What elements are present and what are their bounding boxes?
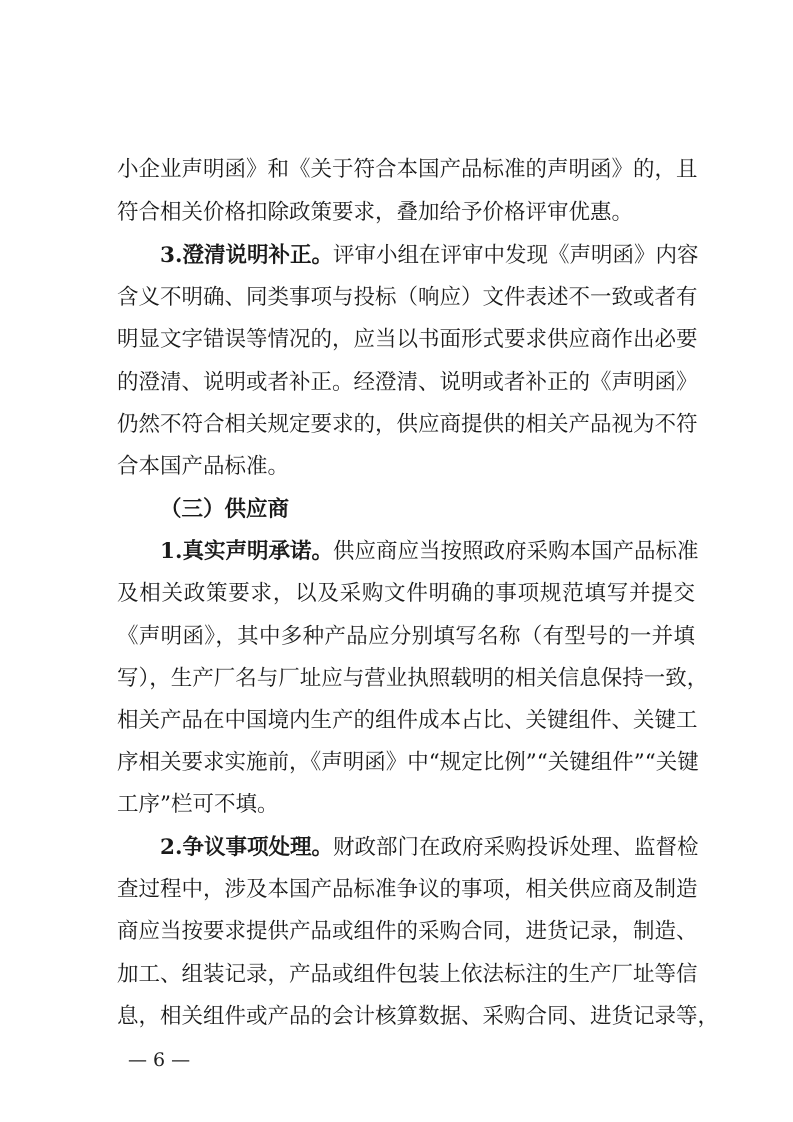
section-heading: （三）供应商	[160, 495, 695, 525]
line-text: 写），生产厂名与厂址应与营业执照载明的相关信息保持一致，	[117, 666, 708, 691]
line-text: 财政部门在政府采购投诉处理、监督检	[333, 835, 699, 860]
item-title: 1.真实声明承诺。	[160, 539, 333, 564]
text-line: 含义不明确、同类事项与投标（响应）文件表述不一致或者有	[117, 283, 695, 313]
line-text: 息，相关组件或产品的会计核算数据、采购合同、进货记录等，	[117, 1004, 719, 1029]
text-line: 明显文字错误等情况的，应当以书面形式要求供应商作出必要	[117, 325, 695, 355]
line-text: 符合相关价格扣除政策要求，叠加给予价格评审优惠。	[117, 200, 633, 225]
item-title: 3.澄清说明补正。	[160, 243, 333, 268]
line-text: 合本国产品标准。	[117, 454, 289, 479]
text-line: 1.真实声明承诺。供应商应当按照政府采购本国产品标准	[160, 537, 695, 567]
line-text: 相关产品在中国境内生产的组件成本占比、关键组件、关键工	[117, 708, 698, 733]
line-text: 及相关政策要求，以及采购文件明确的事项规范填写并提交	[117, 581, 695, 606]
line-text: 《声明函》，其中多种产品应分别填写名称（有型号的一并填	[117, 624, 695, 649]
text-line: 及相关政策要求，以及采购文件明确的事项规范填写并提交	[117, 579, 695, 609]
text-line: 的澄清、说明或者补正。经澄清、说明或者补正的《声明函》	[117, 368, 695, 398]
text-line: 加工、组装记录，产品或组件包装上依法标注的生产厂址等信	[117, 960, 695, 990]
text-line: 商应当按要求提供产品或组件的采购合同，进货记录，制造、	[117, 917, 695, 947]
text-line: 小企业声明函》和《关于符合本国产品标准的声明函》的，且	[117, 155, 695, 185]
line-text: 加工、组装记录，产品或组件包装上依法标注的生产厂址等信	[117, 962, 698, 987]
text-line: 息，相关组件或产品的会计核算数据、采购合同、进货记录等，	[117, 1002, 695, 1032]
line-text: 仍然不符合相关规定要求的，供应商提供的相关产品视为不符	[117, 412, 698, 437]
text-line: 序相关要求实施前，《声明函》中“规定比例”“关键组件”“关键	[117, 748, 695, 778]
line-text: 小企业声明函》和《关于符合本国产品标准的声明函》的，且	[117, 157, 698, 182]
item-title: 2.争议事项处理。	[160, 835, 333, 860]
text-line: 3.澄清说明补正。评审小组在评审中发现《声明函》内容	[160, 241, 695, 271]
line-text: 商应当按要求提供产品或组件的采购合同，进货记录，制造、	[117, 919, 698, 944]
line-text: 供应商应当按照政府采购本国产品标准	[333, 539, 699, 564]
text-line: 符合相关价格扣除政策要求，叠加给予价格评审优惠。	[117, 198, 695, 228]
text-line: 2.争议事项处理。财政部门在政府采购投诉处理、监督检	[160, 833, 695, 863]
text-line: 查过程中，涉及本国产品标准争议的事项，相关供应商及制造	[117, 875, 695, 905]
text-line: 工序”栏可不填。	[117, 790, 695, 820]
text-line: 相关产品在中国境内生产的组件成本占比、关键组件、关键工	[117, 706, 695, 736]
text-line: 《声明函》，其中多种产品应分别填写名称（有型号的一并填	[117, 622, 695, 652]
line-text: 含义不明确、同类事项与投标（响应）文件表述不一致或者有	[117, 285, 698, 310]
page-number: — 6 —	[128, 1048, 190, 1072]
line-text: 查过程中，涉及本国产品标准争议的事项，相关供应商及制造	[117, 877, 698, 902]
line-text: 序相关要求实施前，《声明函》中“规定比例”“关键组件”“关键	[117, 750, 699, 775]
line-text: 评审小组在评审中发现《声明函》内容	[333, 243, 699, 268]
text-line: 写），生产厂名与厂址应与营业执照载明的相关信息保持一致，	[117, 664, 695, 694]
text-line: 仍然不符合相关规定要求的，供应商提供的相关产品视为不符	[117, 410, 695, 440]
line-text: 工序”栏可不填。	[117, 792, 279, 817]
line-text: 的澄清、说明或者补正。经澄清、说明或者补正的《声明函》	[117, 370, 698, 395]
line-text: 明显文字错误等情况的，应当以书面形式要求供应商作出必要	[117, 327, 698, 352]
document-page: 小企业声明函》和《关于符合本国产品标准的声明函》的，且符合相关价格扣除政策要求，…	[0, 0, 793, 1122]
text-line: 合本国产品标准。	[117, 452, 695, 482]
